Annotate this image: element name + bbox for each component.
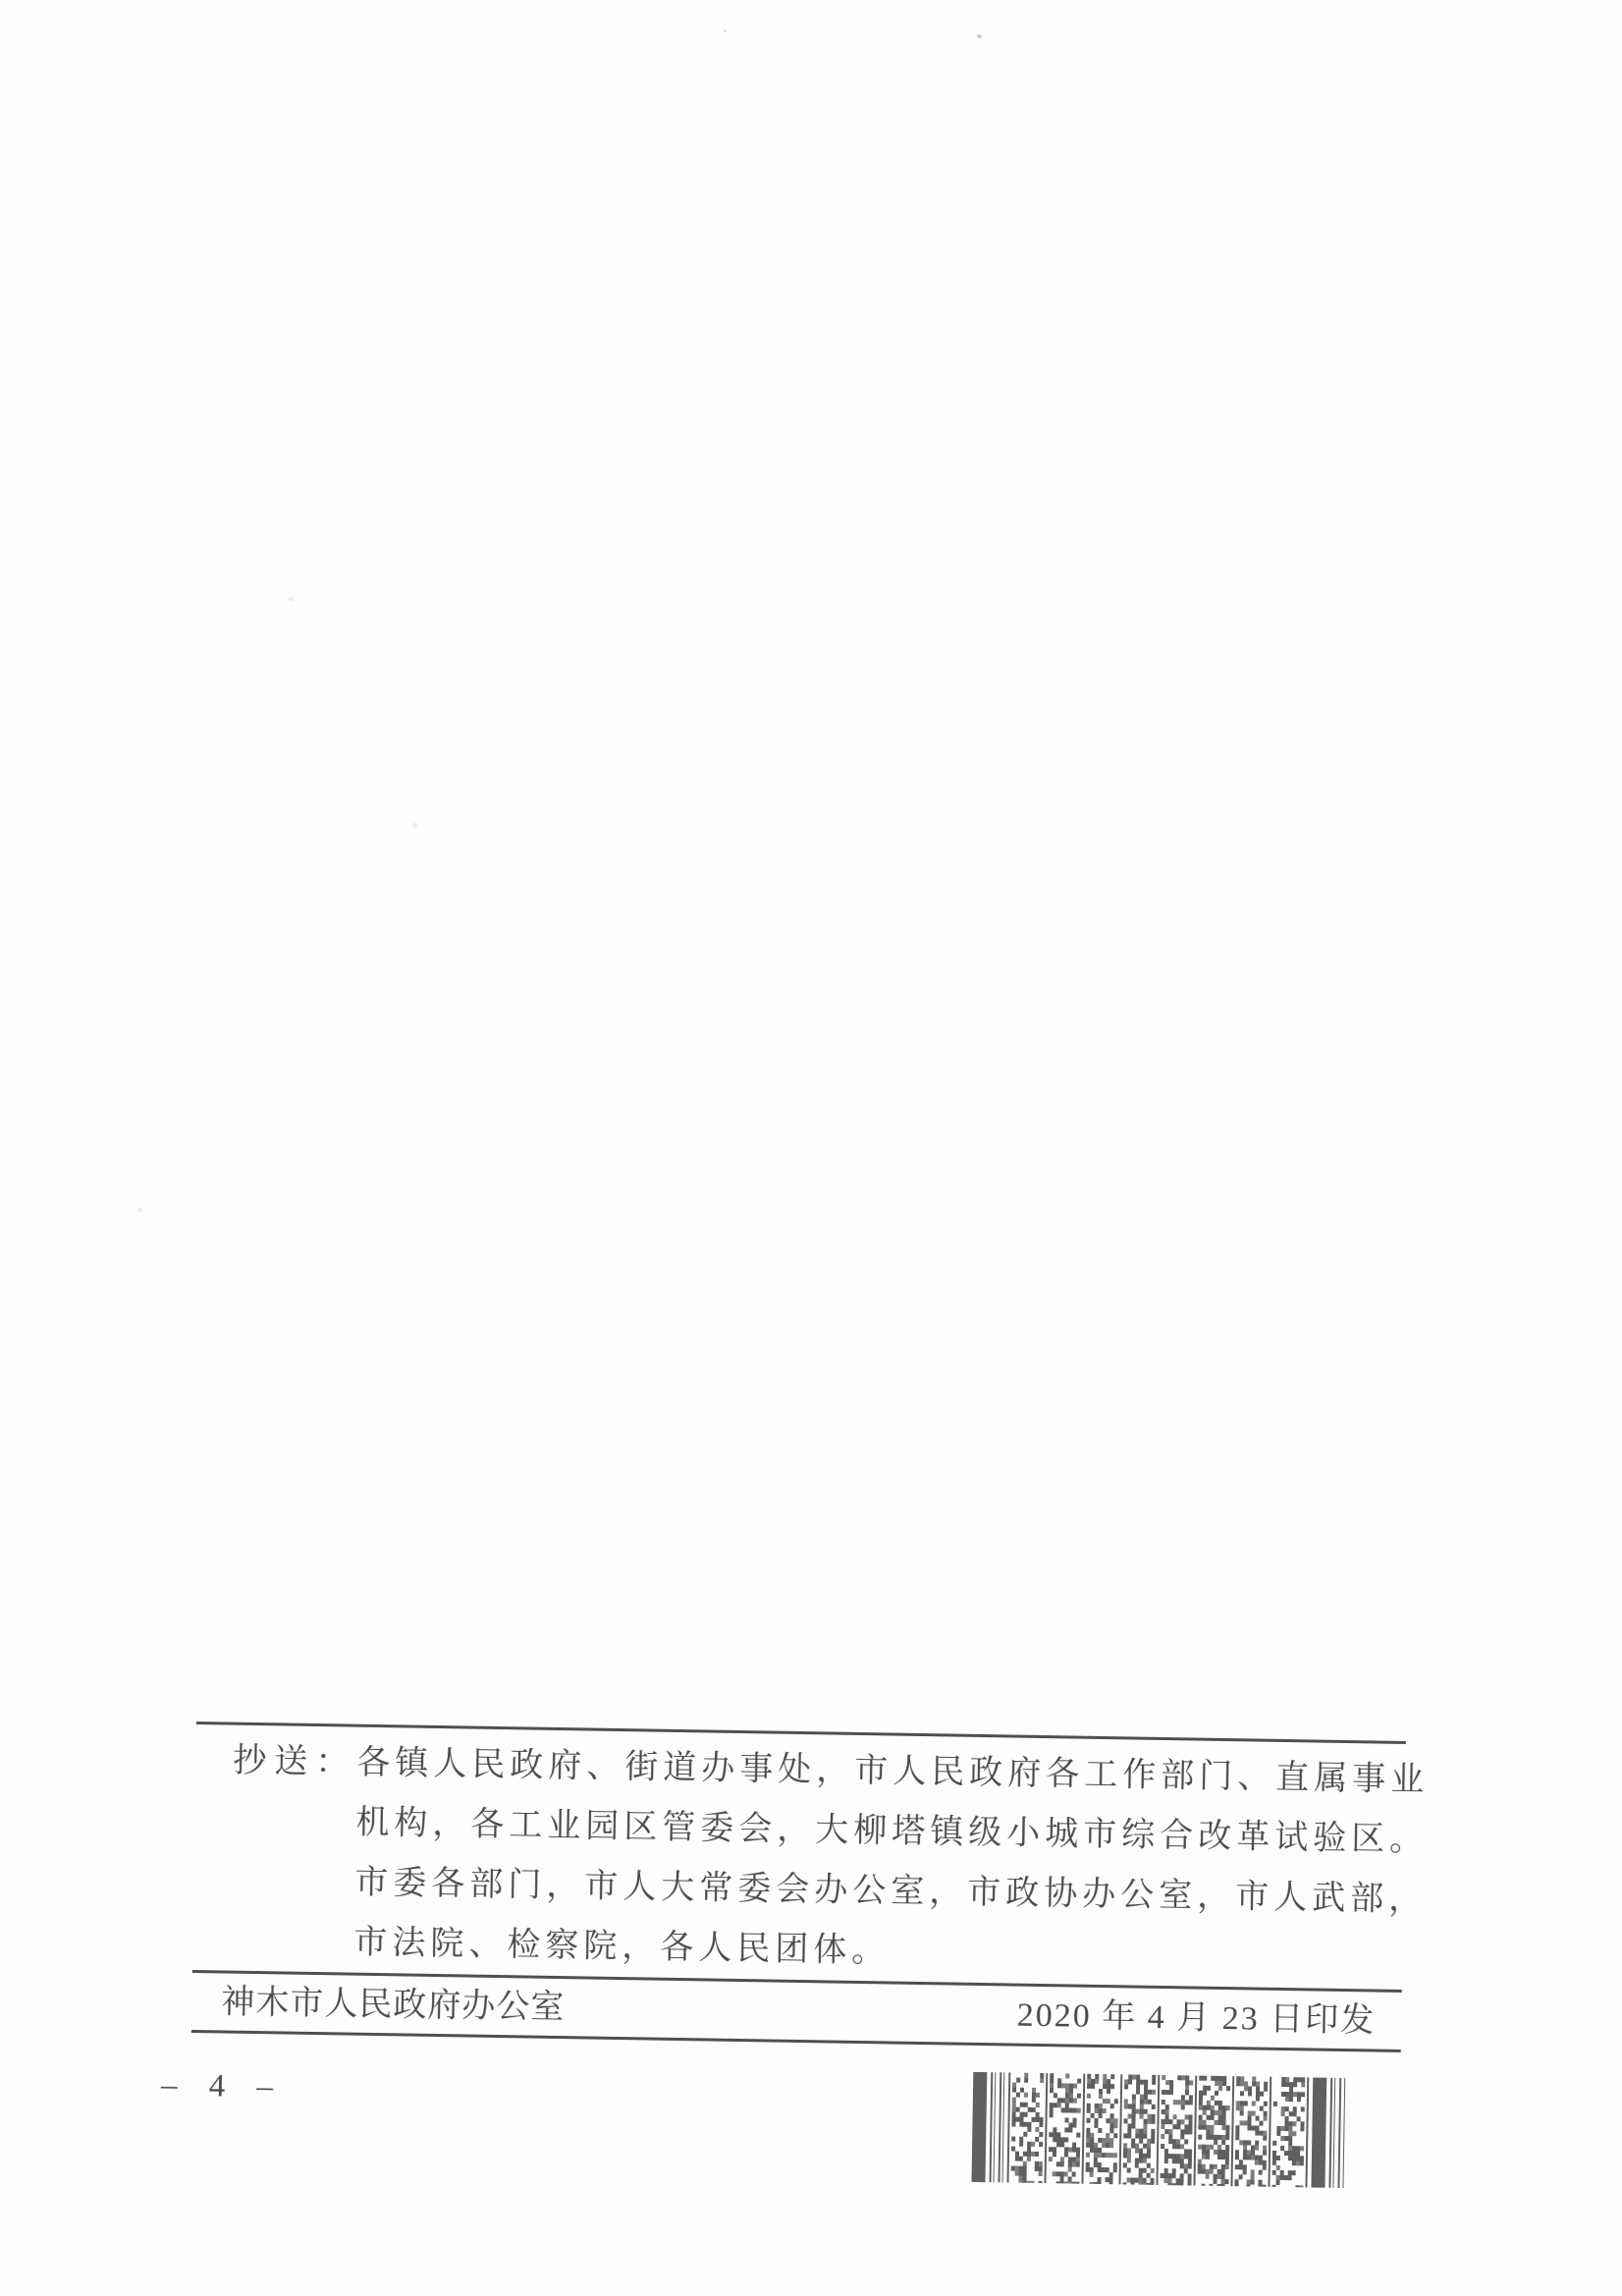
document-footer-block: 抄送： 各镇人民政府、街道办事处，市人民政府各工作部门、直属事业 机构，各工业园… bbox=[189, 1722, 1405, 2200]
page-number: – 4 – bbox=[161, 2067, 286, 2105]
issuing-office: 神木市人民政府办公室 bbox=[221, 1983, 566, 2028]
cc-label: 抄送： bbox=[195, 1730, 357, 1793]
scan-speckle bbox=[412, 823, 418, 828]
document-barcode bbox=[971, 2072, 1349, 2188]
scan-speckle bbox=[137, 1208, 142, 1212]
print-date: 2020 年 4 月 23 日印发 bbox=[1016, 1996, 1376, 2042]
page-footer-row: – 4 – bbox=[189, 2033, 1400, 2200]
scan-speckle bbox=[977, 34, 982, 38]
scan-speckle bbox=[288, 597, 295, 601]
scanned-document-page: 抄送： 各镇人民政府、街道办事处，市人民政府各工作部门、直属事业 机构，各工业园… bbox=[0, 0, 1622, 2296]
cc-row: 抄送： 各镇人民政府、街道办事处，市人民政府各工作部门、直属事业 机构，各工业园… bbox=[192, 1730, 1406, 1990]
cc-lines: 各镇人民政府、街道办事处，市人民政府各工作部门、直属事业 机构，各工业园区管委会… bbox=[353, 1733, 1406, 1990]
cc-distribution-box: 抄送： 各镇人民政府、街道办事处，市人民政府各工作部门、直属事业 机构，各工业园… bbox=[192, 1722, 1406, 1993]
scan-speckle bbox=[724, 29, 727, 32]
